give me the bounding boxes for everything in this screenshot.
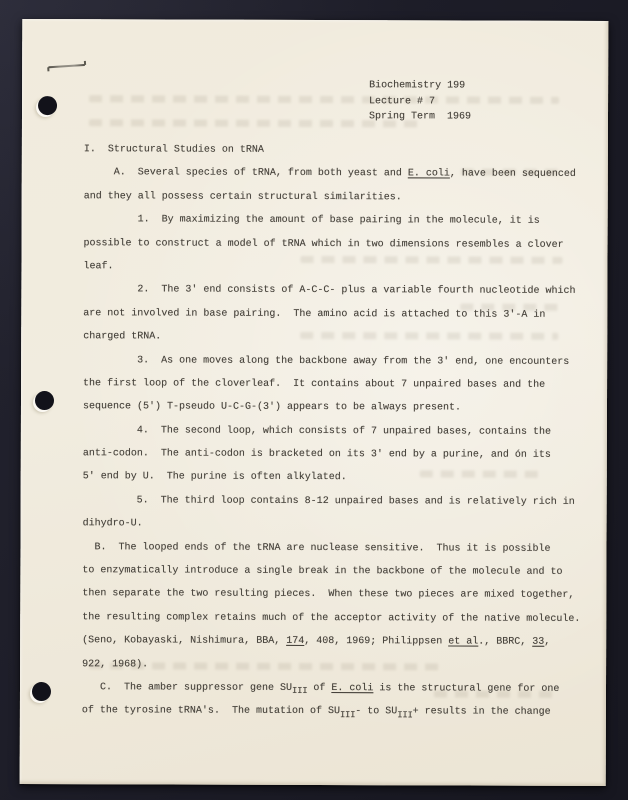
text-segment: possible to construct a model of tRNA wh… <box>84 238 564 251</box>
text-segment: I. Structural Studies on tRNA <box>84 144 264 156</box>
punch-hole-bottom <box>32 682 51 701</box>
underlined-text: 33 <box>532 637 544 648</box>
text-segment: (Seno, Kobayaski, Nishimura, BBA, <box>82 635 286 647</box>
typewritten-line: 4. The second loop, which consists of 7 … <box>83 419 593 444</box>
text-segment: 922, 1968). <box>82 659 148 670</box>
text-segment: then separate the two resulting pieces. … <box>82 589 574 602</box>
typewritten-line: 2. The 3' end consists of A-C-C- plus a … <box>83 279 593 304</box>
typewritten-line: 5' end by U. The purine is often alkylat… <box>83 466 593 491</box>
text-segment: charged tRNA. <box>83 331 161 342</box>
text-segment: 3. As one moves along the backbone away … <box>83 355 569 368</box>
text-segment: 4. The second loop, which consists of 7 … <box>83 425 551 438</box>
text-segment: leaf. <box>83 261 113 272</box>
underlined-text: 174 <box>286 636 304 647</box>
typewritten-line: possible to construct a model of tRNA wh… <box>84 232 594 257</box>
subscript-text: III <box>292 686 307 696</box>
typewritten-line: (Seno, Kobayaski, Nishimura, BBA, 174, 4… <box>82 629 592 654</box>
text-segment: of the tyrosine tRNA's. The mutation of … <box>82 706 340 718</box>
bleedthrough-marks <box>22 19 608 21</box>
text-segment: to enzymatically introduce a single brea… <box>82 565 562 578</box>
typewritten-line: anti-codon. The anti-codon is bracketed … <box>83 442 593 467</box>
typewritten-line: of the tyrosine tRNA's. The mutation of … <box>82 700 592 725</box>
text-segment: , 408, 1969; Philippsen <box>304 636 448 648</box>
document-page: Biochemistry 199Lecture # 7Spring Term 1… <box>20 19 609 786</box>
typewritten-line: are not involved in base pairing. The am… <box>83 302 593 327</box>
header-line: Biochemistry 199 <box>369 78 471 94</box>
typewritten-line: sequence (5') T-pseudo U-C-G-(3') appear… <box>83 395 593 420</box>
text-segment: the first loop of the cloverleaf. It con… <box>83 378 545 391</box>
text-segment: , have been sequenced <box>450 169 576 180</box>
typewritten-line: B. The looped ends of the tRNA are nucle… <box>82 536 592 561</box>
text-segment: + results in the change <box>413 707 551 718</box>
typewritten-line: 922, 1968). <box>82 653 592 678</box>
text-segment: ., BBRC, <box>478 637 532 648</box>
text-segment: B. The looped ends of the tRNA are nucle… <box>82 542 550 555</box>
text-segment: 1. By maximizing the amount of base pair… <box>84 214 540 227</box>
typewritten-line: the first loop of the cloverleaf. It con… <box>83 372 593 397</box>
text-segment: - to SU <box>355 707 397 718</box>
typewritten-line: and they all possess certain structural … <box>84 185 594 210</box>
punch-hole-top <box>38 96 57 115</box>
text-segment: 5. The third loop contains 8-12 unpaired… <box>83 495 575 508</box>
text-segment: the resulting complex retains much of th… <box>82 612 580 625</box>
text-segment: of <box>307 683 331 694</box>
text-segment: and they all possess certain structural … <box>84 191 402 203</box>
header-line: Lecture # 7 <box>369 94 471 110</box>
typewritten-line: C. The amber suppressor gene SUIII of E.… <box>82 676 592 701</box>
bleedthrough-mark <box>89 95 559 104</box>
typewritten-line: I. Structural Studies on tRNA <box>84 138 594 163</box>
subscript-text: III <box>340 710 355 720</box>
staple-mark <box>48 64 85 68</box>
course-header: Biochemistry 199Lecture # 7Spring Term 1… <box>369 78 471 125</box>
text-segment: C. The amber suppressor gene SU <box>82 682 292 694</box>
text-segment: anti-codon. The anti-codon is bracketed … <box>83 448 551 461</box>
text-segment: dihydro-U. <box>83 518 143 529</box>
typewritten-line: dihydro-U. <box>83 512 593 537</box>
photo-background: Biochemistry 199Lecture # 7Spring Term 1… <box>0 0 628 800</box>
subscript-text: III <box>397 710 412 720</box>
text-segment: A. Several species of tRNA, from both ye… <box>84 168 408 180</box>
typewritten-line: 1. By maximizing the amount of base pair… <box>84 208 594 233</box>
typewritten-line: to enzymatically introduce a single brea… <box>82 559 592 584</box>
text-segment: , <box>544 637 550 648</box>
typewritten-line: leaf. <box>83 255 593 280</box>
typewritten-line: 5. The third loop contains 8-12 unpaired… <box>83 489 593 514</box>
body-lines: I. Structural Studies on tRNA A. Several… <box>82 138 594 725</box>
header-line: Spring Term 1969 <box>369 109 471 125</box>
text-segment: is the structural gene for one <box>373 683 559 695</box>
typewritten-line: A. Several species of tRNA, from both ye… <box>84 162 594 187</box>
typewritten-line: charged tRNA. <box>83 325 593 350</box>
text-segment: 5' end by U. The purine is often alkylat… <box>83 472 347 484</box>
typewritten-line: 3. As one moves along the backbone away … <box>83 349 593 374</box>
text-segment: sequence (5') T-pseudo U-C-G-(3') appear… <box>83 401 461 413</box>
underlined-text: et al <box>448 637 478 648</box>
typewritten-line: then separate the two resulting pieces. … <box>82 583 592 608</box>
underlined-text: E. coli <box>408 169 450 180</box>
underlined-text: E. coli <box>331 683 373 694</box>
text-segment: are not involved in base pairing. The am… <box>83 308 545 321</box>
typewritten-line: the resulting complex retains much of th… <box>82 606 592 631</box>
punch-hole-middle <box>35 391 54 410</box>
text-segment: 2. The 3' end consists of A-C-C- plus a … <box>83 285 575 298</box>
